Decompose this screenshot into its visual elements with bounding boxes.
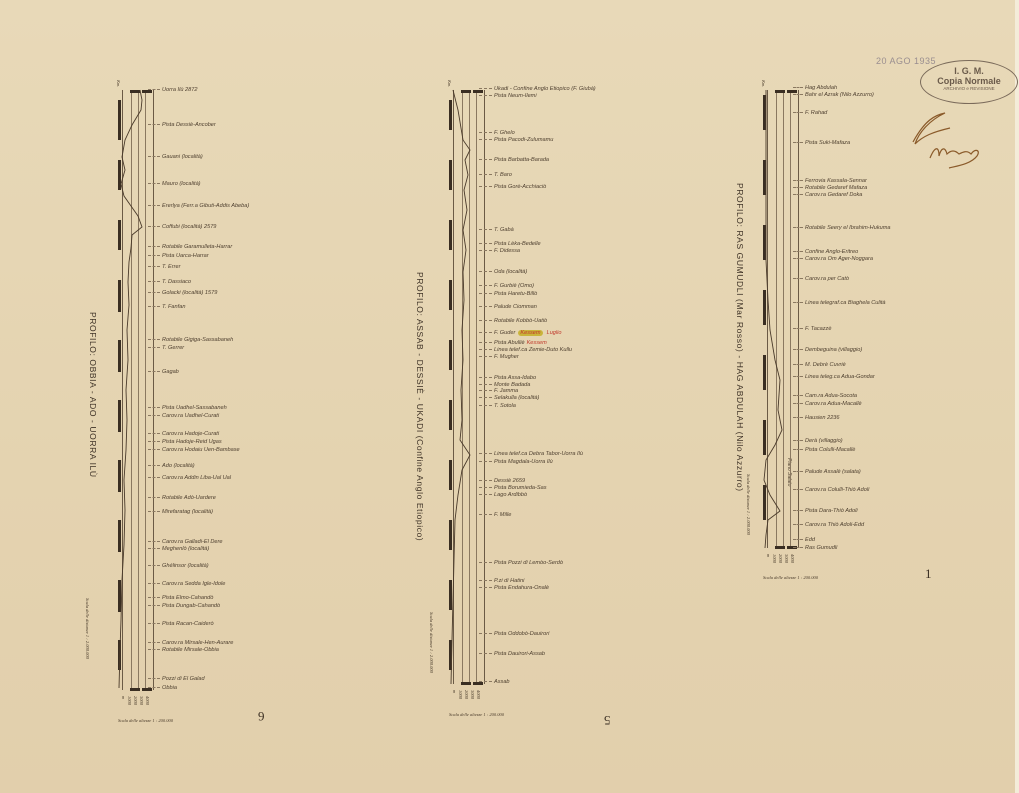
station-name: F. Rahad [805,110,827,116]
station-label: Palude Assalè (salata) [793,469,861,476]
leader-line [793,94,803,95]
station-label: Rotabile Gedaref Mafaza [793,185,867,192]
leader-line [793,440,803,441]
station-label: Bahr el Azrak (Nilo Azzurro) [793,92,874,99]
station-name: Pista Colulli-Macallè [805,447,855,453]
leader-line [793,471,803,472]
station-label: Carov.ra per Catò [793,276,849,283]
station-label: Carov.ra Gedaref Doka [793,192,862,199]
station-name: M. Debrè Cuvriè [805,362,846,368]
leader-line [793,417,803,418]
leader-line [793,539,803,540]
station-label: Pista Colulli-Macallè [793,447,855,454]
leader-line [793,278,803,279]
elevation-axis-label: 2000 [778,554,783,563]
station-name: Carov.ra Om Ager-Noggara [805,256,873,262]
leader-line [793,112,803,113]
station-name: Pista Suki-Mafaza [805,140,850,146]
station-name: Carov.ra Colulli-Thiò Adoli [805,487,869,493]
station-name: Rotabile Gedaref Mafaza [805,185,867,191]
archive-stamp: I. G. M. Copia Normale ARCHIVIO e REVISI… [920,60,1018,104]
station-name: Bahr el Azrak (Nilo Azzurro) [805,92,874,98]
station-name: Carov.ra per Catò [805,276,849,282]
station-name: Rotabile Seery el Ibrahim-Hukuma [805,225,891,231]
leader-line [793,142,803,143]
station-name: Carov.ra Thiò Adoli-Edd [805,522,864,528]
station-label: Rotabile Seery el Ibrahim-Hukuma [793,225,891,232]
station-label: Carov.ra Om Ager-Noggara [793,256,873,263]
station-name: Ras Gumudli [805,545,837,551]
leader-line [793,302,803,303]
leader-line [793,194,803,195]
elevation-axis-label: 1000 [772,554,777,563]
leader-line [793,258,803,259]
station-label: Linea telegraf.ca Biaghela Culità [793,300,886,307]
station-label: Linea teleg.ca Adua-Gondar [793,374,875,381]
station-label: Cam.ra Adua-Socota [793,393,857,400]
station-label: F. Rahad [793,110,827,117]
station-label: M. Debrè Cuvriè [793,362,846,369]
km-axis-label: Km. [761,80,766,87]
station-label: Hausien 2236 [793,415,840,422]
leader-line [793,403,803,404]
station-label: Ras Gumudli [793,545,837,552]
station-name: Carov.ra Adua-Macallè [805,401,862,407]
leader-line [793,449,803,450]
station-name: Cam.ra Adua-Socota [805,393,857,399]
station-label: Carov.ra Colulli-Thiò Adoli [793,487,869,494]
station-name: Carov.ra Gedaref Doka [805,192,862,198]
station-label: F. Tacazzè [793,326,831,333]
station-label: Hag Abdulah [793,85,837,92]
station-name: Derà (villaggio) [805,438,843,444]
station-name: Confine Anglo-Eritreo [805,249,858,255]
leader-line [793,87,803,88]
station-name: Hag Abdulah [805,85,837,91]
station-name: Hausien 2236 [805,415,840,421]
station-name: Palude Assalè (salata) [805,469,861,475]
station-name: Ferrovia Kassala-Sennar [805,178,867,184]
elevation-profile-line [0,0,1019,793]
leader-line [793,489,803,490]
station-name: Pista Dara-Thiò Adoli [805,508,858,514]
station-label: Ferrovia Kassala-Sennar [793,178,867,185]
elevation-axis-label: 3000 [784,554,789,563]
station-label: Carov.ra Thiò Adoli-Edd [793,522,864,529]
leader-line [793,547,803,548]
stamp-line-2: Copia Normale [921,76,1017,86]
leader-line [793,227,803,228]
station-name: Dembeguina (villaggio) [805,347,862,353]
station-name: Linea telegraf.ca Biaghela Culità [805,300,886,306]
leader-line [793,349,803,350]
leader-line [793,364,803,365]
leader-line [793,180,803,181]
leader-line [793,187,803,188]
stamp-line-3: ARCHIVIO e REVISIONE [921,86,1017,91]
leader-line [793,510,803,511]
leader-line [793,376,803,377]
station-name: F. Tacazzè [805,326,831,332]
station-label: Pista Suki-Mafaza [793,140,850,147]
leader-line [793,524,803,525]
station-label: Carov.ra Adua-Macallè [793,401,862,408]
handwritten-signature [905,110,1005,170]
stamp-line-1: I. G. M. [921,66,1017,76]
leader-line [793,251,803,252]
station-label: Edd [793,537,815,544]
leader-line [793,328,803,329]
stamp-date: 20 AGO 1935 [876,56,936,66]
station-label: Dembeguina (villaggio) [793,347,862,354]
leader-line [793,395,803,396]
elevation-axis-label: 4000 [790,554,795,563]
station-label: Confine Anglo-Eritreo [793,249,858,256]
station-label: Pista Dara-Thiò Adoli [793,508,858,515]
station-label: Derà (villaggio) [793,438,843,445]
elevation-axis-label: m [766,554,771,557]
station-name: Edd [805,537,815,543]
station-name: Linea teleg.ca Adua-Gondar [805,374,875,380]
